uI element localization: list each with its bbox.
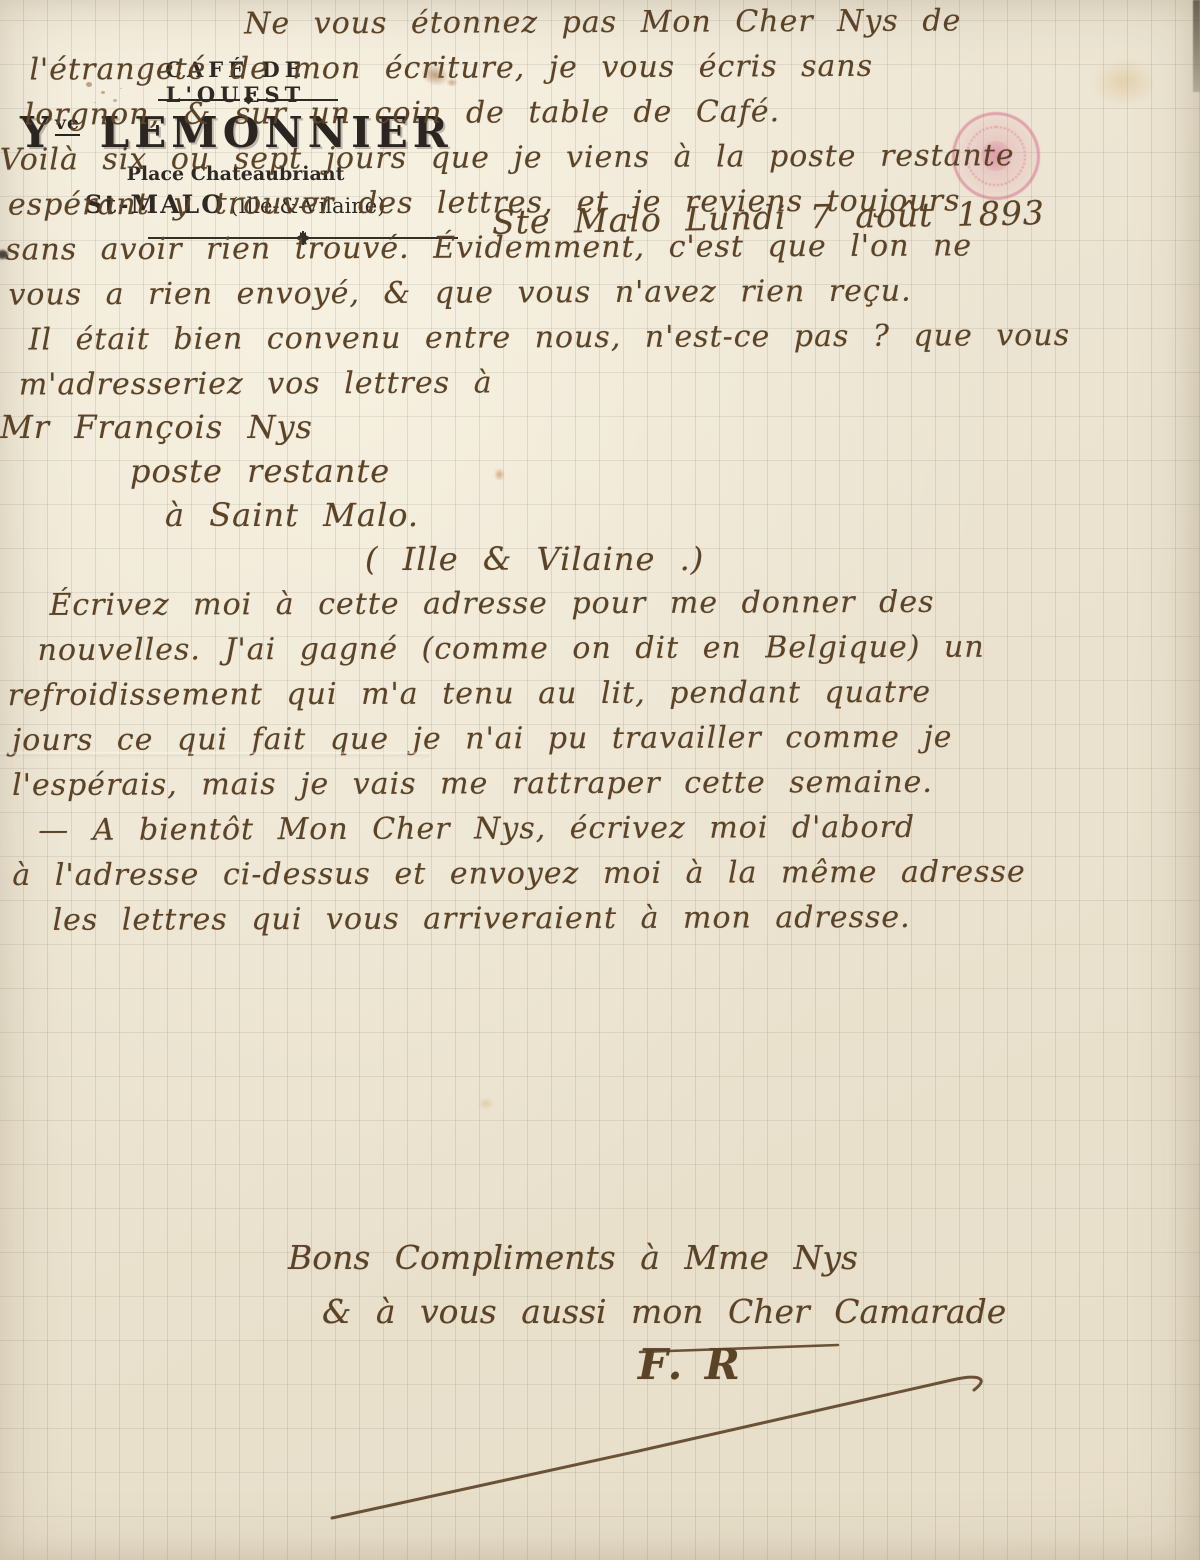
paper-edge-shadow (1193, 0, 1200, 92)
handwriting-line: jours ce qui fait que je n'ai pu travail… (12, 714, 1200, 763)
handwriting-line: Il était bien convenu entre nous, n'est-… (28, 312, 1200, 362)
handwriting-line: à l'adresse ci-dessus et envoyez moi à l… (12, 849, 1200, 898)
handwriting-line: m'adresseriez vos lettres à (19, 357, 1200, 407)
address-line: ( Ille & Vilaine .) (365, 537, 1200, 581)
stain (478, 1098, 494, 1109)
closing-line: Bons Compliments à Mme Nys (288, 1238, 858, 1277)
handwriting-line: Écrivez moi à cette adresse pour me donn… (49, 579, 1200, 628)
signature: F. R (638, 1340, 744, 1389)
address-line: Mr François Nys (0, 405, 1200, 449)
closing-line: & à vous aussi mon Cher Camarade (322, 1292, 1006, 1331)
handwriting-line: — A bientôt Mon Cher Nys, écrivez moi d'… (38, 804, 1200, 853)
letter-page: CAFÉ DE L'OUEST Yve LEMONNIER Place Chat… (0, 0, 1200, 1560)
handwriting-line: refroidissement qui m'a tenu au lit, pen… (8, 669, 1200, 718)
handwriting-line: espérant y trouver des lettres, et je re… (8, 177, 1200, 227)
handwriting-line: l'espérais, mais je vais me rattraper ce… (12, 759, 1200, 808)
handwriting-line: l'étrangeté de mon écriture, je vous écr… (29, 42, 1200, 92)
handwriting-line: nouvelles. J'ai gagné (comme on dit en B… (38, 624, 1200, 673)
handwriting-line: Ne vous étonnez pas Mon Cher Nys de (244, 0, 1200, 47)
letter-body-paragraphs-1-2: Ne vous étonnez pas Mon Cher Nys de l'ét… (0, 0, 1200, 408)
address-line: poste restante (130, 449, 1200, 493)
paper-crease (0, 752, 430, 754)
handwriting-line: vous a rien envoyé, & que vous n'avez ri… (8, 267, 1200, 317)
handwriting-line: lorgnon, & sur un coin de table de Café. (25, 87, 1200, 137)
handwriting-line: les lettres qui vous arriveraient à mon … (52, 894, 1200, 943)
letter-body-paragraph-3: Écrivez moi à cette adresse pour me donn… (0, 579, 1200, 943)
address-line: à Saint Malo. (165, 493, 1200, 537)
handwriting-line: sans avoir rien trouvé. Évidemment, c'es… (5, 222, 1200, 272)
handwriting-line: Voilà six ou sept jours que je viens à l… (0, 132, 1200, 182)
forwarding-address-block: Mr François Nys poste restante à Saint M… (0, 405, 1200, 581)
